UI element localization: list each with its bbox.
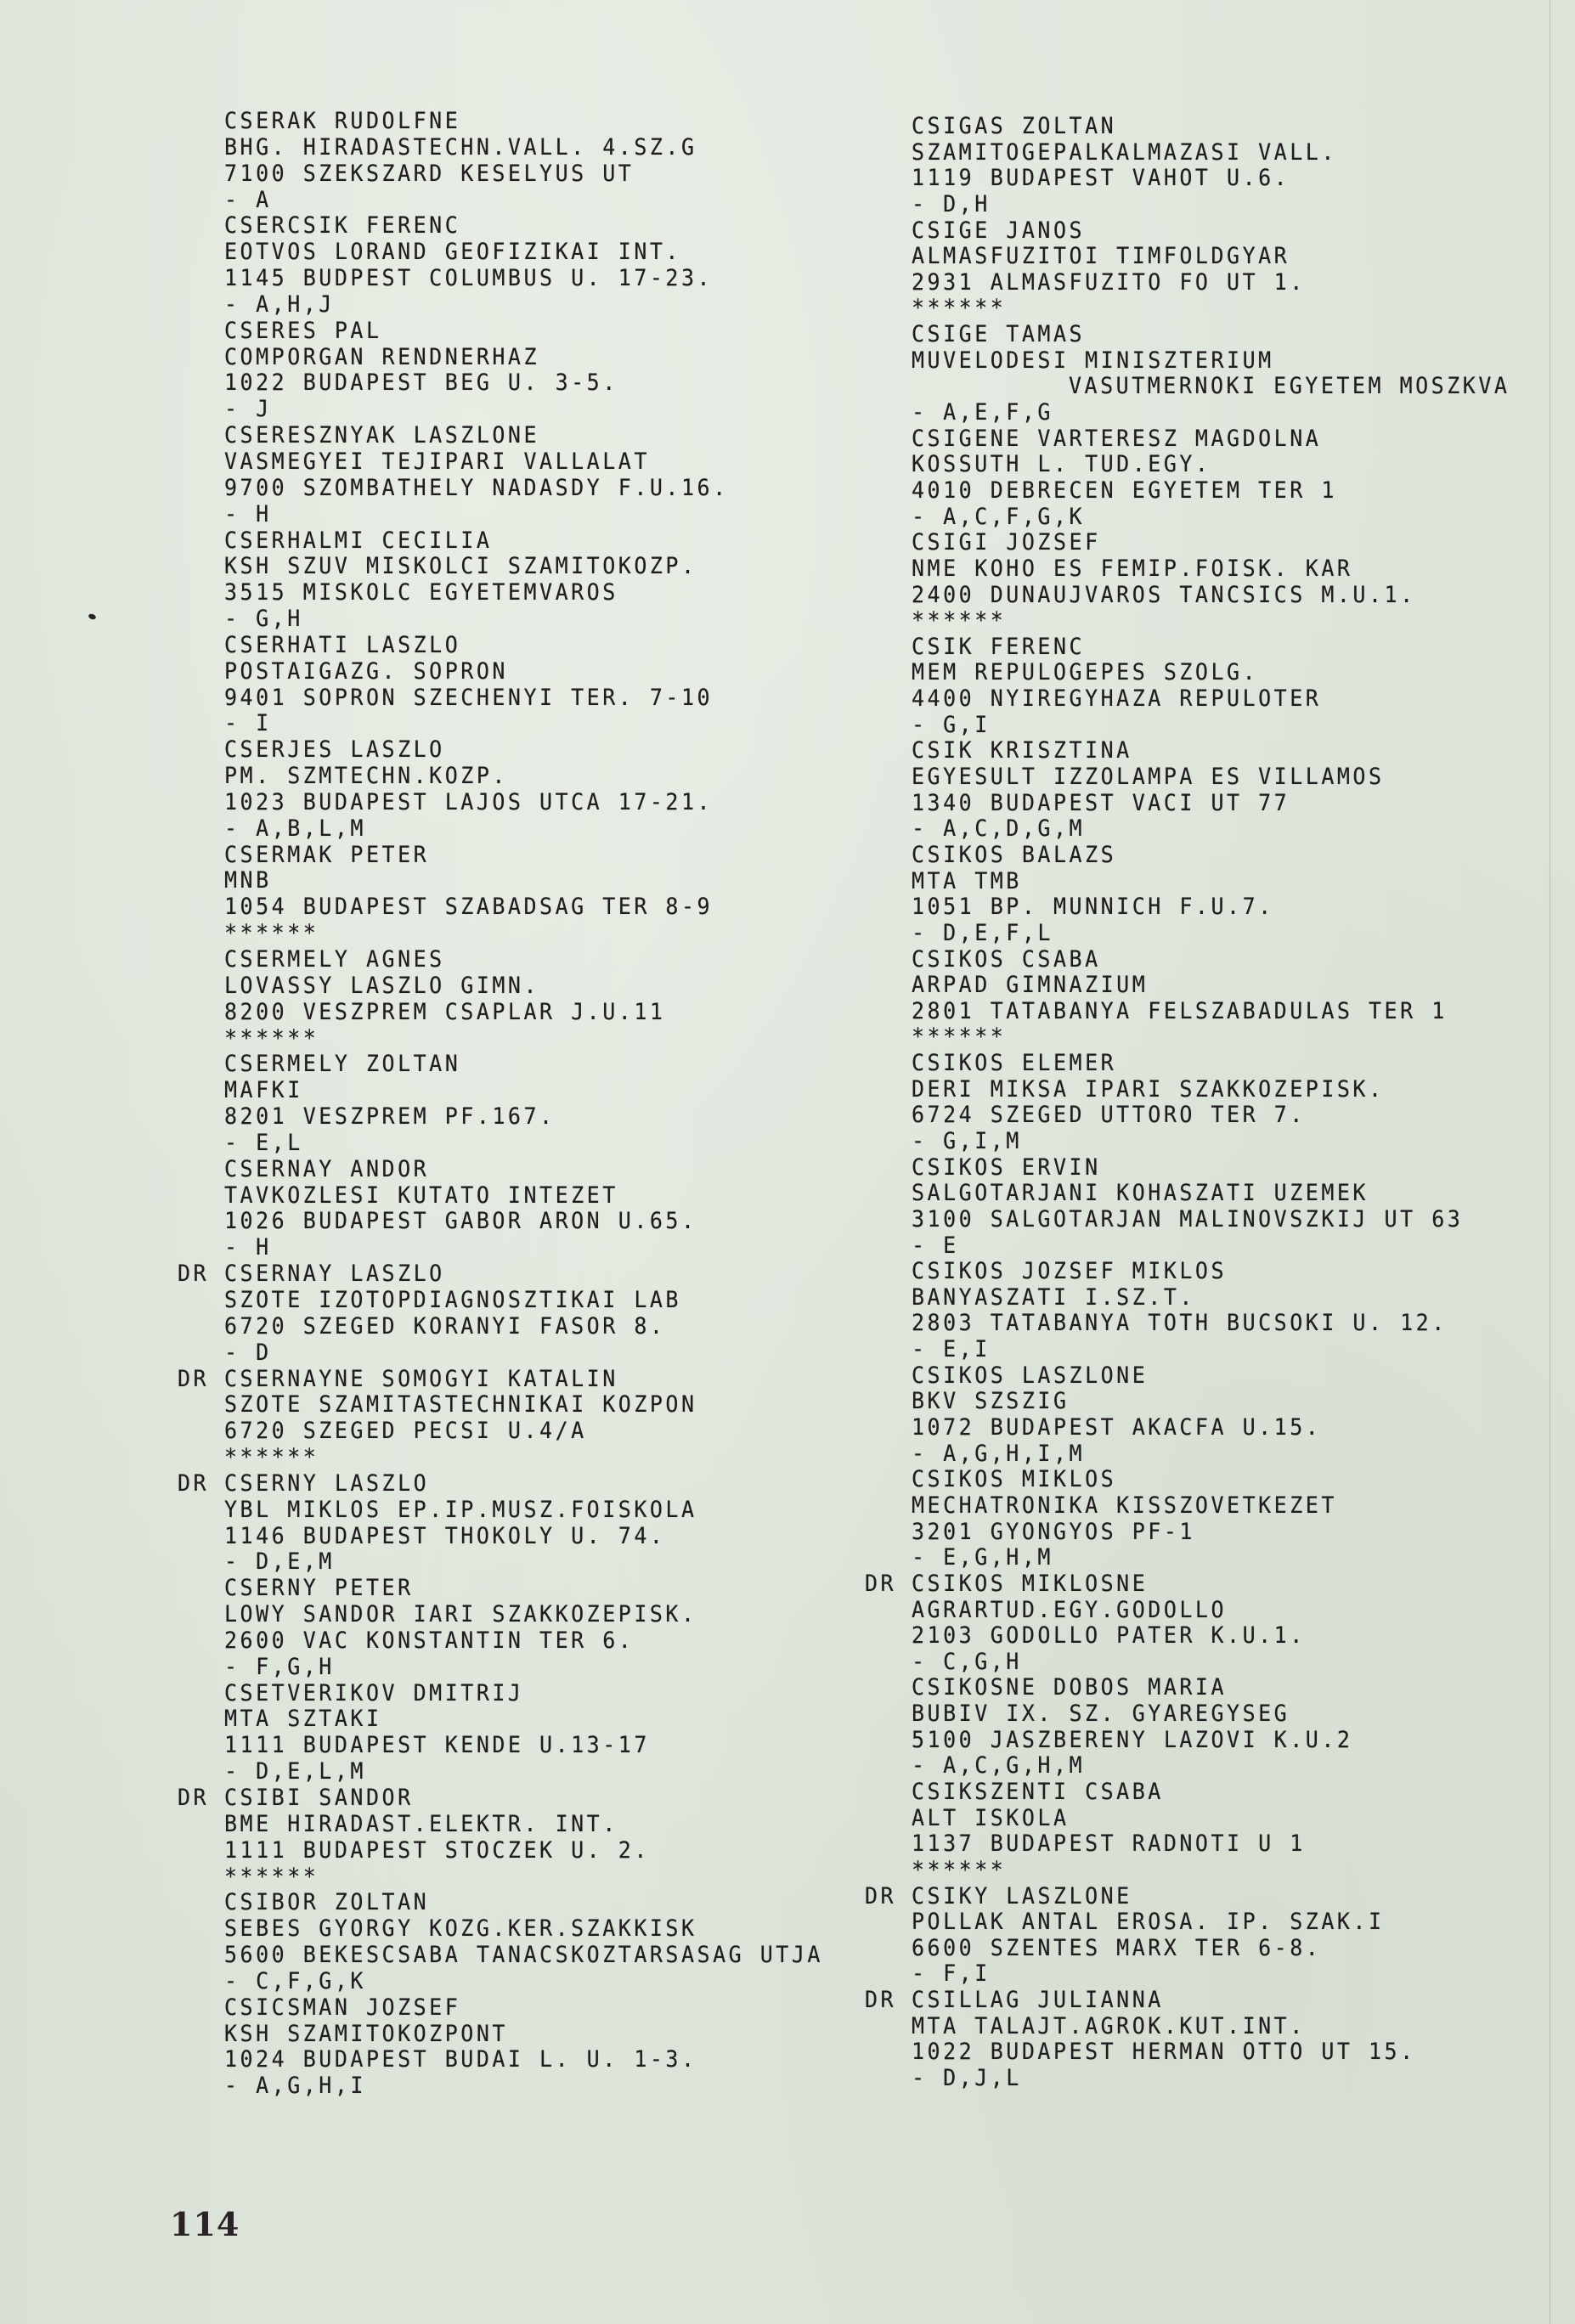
line-text: CSETVERIKOV DMITRIJ [224,1681,523,1706]
directory-line: DERI MIKSA IPARI SZAKKOZEPISK. [865,1077,1510,1104]
line-text: 7100 SZEKSZARD KESELYUS UT [224,161,634,186]
line-text: LOWY SANDOR IARI SZAKKOZEPISK. [224,1602,697,1627]
line-text: NME KOHO ES FEMIP.FOISK. KAR [912,556,1352,581]
directory-line: 1026 BUDAPEST GABOR ARON U.65. [178,1209,823,1236]
line-text: CSIGAS ZOLTAN [912,114,1116,138]
entry-name-line: CSIKOS JOZSEF MIKLOS [865,1259,1510,1286]
directory-line: 2931 ALMASFUZITO FO UT 1. [865,270,1510,297]
line-text: CSIBOR ZOLTAN [224,1890,429,1915]
entry-name-line: DR CSERNAYNE SOMOGYI KATALIN [178,1367,823,1394]
category-codes-line: - F,I [865,1961,1510,1988]
entry-name-line: CSERMELY ZOLTAN [178,1052,823,1079]
category-codes-line: - E,I [865,1337,1510,1364]
category-codes-line: - D,E,M [178,1549,823,1577]
category-codes-line: - D,E,F,L [865,921,1510,948]
directory-line: 1024 BUDAPEST BUDAI L. U. 1-3. [178,2047,823,2074]
line-text: CSERHALMI CECILIA [224,528,492,553]
directory-line: AGRARTUD.EGY.GODOLLO [865,1598,1510,1625]
line-text: - D,E,F,L [912,921,1053,945]
category-codes-line: - G,I,M [865,1129,1510,1156]
line-text: - I [224,711,272,736]
line-text: CSERMELY AGNES [224,947,445,972]
entry-name-line: CSERES PAL [178,319,823,346]
line-text: 9401 SOPRON SZECHENYI TER. 7-10 [224,685,713,710]
line-text: ALMASFUZITOI TIMFOLDGYAR [912,244,1290,268]
category-codes-line: - A,C,F,G,K [865,505,1510,532]
directory-line: 6724 SZEGED UTTORO TER 7. [865,1103,1510,1130]
directory-line: MTA SZTAKI [178,1706,823,1734]
page-number: 114 [170,2205,240,2243]
line-text: KOSSUTH L. TUD.EGY. [912,452,1211,477]
line-text: KSH SZUV MISKOLCI SZAMITOKOZP. [224,554,697,578]
title-prefix: DR [178,1367,224,1391]
line-text: CSIKY LASZLONE [912,1884,1132,1909]
line-text: CSERNY PETER [224,1576,414,1600]
directory-line: 7100 SZEKSZARD KESELYUS UT [178,161,823,189]
category-codes-line: - A,C,G,H,M [865,1753,1510,1780]
directory-line: 1054 BUDAPEST SZABADSAG TER 8-9 [178,894,823,922]
directory-line: POLLAK ANTAL EROSA. IP. SZAK.I [865,1909,1510,1937]
entry-name-line: CSETVERIKOV DMITRIJ [178,1681,823,1708]
line-text: - H [224,1235,272,1260]
line-text: 1146 BUDAPEST THOKOLY U. 74. [224,1524,665,1548]
line-text: ARPAD GIMNAZIUM [912,973,1148,997]
directory-column-right: CSIGAS ZOLTAN SZAMITOGEPALKALMAZASI VALL… [865,114,1510,2092]
line-text: 1023 BUDAPEST LAJOS UTCA 17-21. [224,790,713,815]
entry-name-line: CSIKOSNE DOBOS MARIA [865,1675,1510,1702]
directory-line: 2803 TATABANYA TOTH BUCSOKI U. 12. [865,1311,1510,1338]
directory-line: MTA TMB [865,869,1510,896]
entry-name-line: CSERCSIK FERENC [178,213,823,240]
directory-line: BANYASZATI I.SZ.T. [865,1285,1510,1312]
line-text: 2931 ALMASFUZITO FO UT 1. [912,270,1306,295]
directory-line: KSH SZAMITOKOZPONT [178,2022,823,2049]
directory-line: 8201 VESZPREM PF.167. [178,1104,823,1131]
line-text: BANYASZATI I.SZ.T. [912,1285,1195,1310]
no-codes-marker: ****** [178,921,823,948]
line-text: EOTVOS LORAND GEOFIZIKAI INT. [224,240,681,264]
entry-name-line: CSERMAK PETER [178,843,823,870]
entry-name-line: CSERHATI LASZLO [178,633,823,660]
title-prefix: DR [865,1884,912,1909]
directory-line: POSTAIGAZG. SOPRON [178,659,823,686]
line-text: ****** [912,1024,1006,1049]
directory-line: 1119 BUDAPEST VAHOT U.6. [865,166,1510,193]
line-text: 2400 DUNAUJVAROS TANCSICS M.U.1. [912,583,1416,607]
line-text: - E [912,1233,959,1258]
line-text: AGRARTUD.EGY.GODOLLO [912,1598,1227,1622]
directory-line: 3515 MISKOLC EGYETEMVAROS [178,580,823,607]
line-text: MNB [224,868,272,893]
line-text: 4400 NYIREGYHAZA REPULOTER [912,686,1321,711]
directory-line: MECHATRONIKA KISSZOVETKEZET [865,1493,1510,1520]
directory-line: SALGOTARJANI KOHASZATI UZEMEK [865,1181,1510,1208]
line-text: - D,E,L,M [224,1759,366,1784]
line-text: - A,C,G,H,M [912,1753,1085,1778]
line-text: CSIBI SANDOR [224,1785,414,1810]
line-text: 1024 BUDAPEST BUDAI L. U. 1-3. [224,2047,697,2072]
directory-line: SEBES GYORGY KOZG.KER.SZAKKISK [178,1916,823,1943]
directory-line: 1023 BUDAPEST LAJOS UTCA 17-21. [178,790,823,817]
line-text: CSERJES LASZLO [224,737,445,762]
line-text: 1111 BUDAPEST KENDE U.13-17 [224,1733,650,1757]
line-text: 1022 BUDAPEST BEG U. 3-5. [224,370,618,395]
directory-line: 8200 VESZPREM CSAPLAR J.U.11 [178,1000,823,1027]
directory-line: 3100 SALGOTARJAN MALINOVSZKIJ UT 63 [865,1207,1510,1234]
entry-name-line: CSIGE JANOS [865,218,1510,245]
line-text: 2103 GODOLLO PATER K.U.1. [912,1623,1306,1648]
line-text: ****** [912,608,1006,633]
line-text: ALT ISKOLA [912,1806,1070,1830]
line-text: 5100 JASZBERENY LAZOVI K.U.2 [912,1728,1352,1752]
line-text: CSERNAY ANDOR [224,1157,429,1182]
line-text: - E,I [912,1337,991,1362]
line-text: CSERNY LASZLO [224,1471,429,1496]
directory-line: TAVKOZLESI KUTATO INTEZET [178,1183,823,1210]
line-text: - J [224,397,272,421]
directory-line: 3201 GYONGYOS PF-1 [865,1520,1510,1547]
directory-line: YBL MIKLOS EP.IP.MUSZ.FOISKOLA [178,1498,823,1525]
directory-line: BKV SZSZIG [865,1389,1510,1416]
directory-line: 1051 BP. MUNNICH F.U.7. [865,894,1510,922]
entry-name-line: CSIGI JOZSEF [865,530,1510,557]
line-text: 1072 BUDAPEST AKACFA U.15. [912,1415,1321,1440]
category-codes-line: - J [178,397,823,424]
directory-line: 1022 BUDAPEST HERMAN OTTO UT 15. [865,2039,1510,2067]
line-text: VASUTMERNOKI EGYETEM MOSZKVA [912,374,1510,398]
line-text: - A,C,F,G,K [912,505,1085,529]
directory-line: 6600 SZENTES MARX TER 6-8. [865,1936,1510,1963]
directory-line: 1137 BUDAPEST RADNOTI U 1 [865,1831,1510,1859]
directory-line: 2400 DUNAUJVAROS TANCSICS M.U.1. [865,583,1510,610]
no-codes-marker: ****** [178,1445,823,1472]
line-text: YBL MIKLOS EP.IP.MUSZ.FOISKOLA [224,1498,697,1522]
line-text: 4010 DEBRECEN EGYETEM TER 1 [912,478,1337,503]
line-text: - C,G,H [912,1650,1022,1674]
no-codes-marker: ****** [865,608,1510,635]
directory-line: SZOTE IZOTOPDIAGNOSZTIKAI LAB [178,1288,823,1315]
directory-line: 1111 BUDAPEST STOCZEK U. 2. [178,1838,823,1865]
entry-name-line: CSICSMAN JOZSEF [178,1995,823,2022]
no-codes-marker: ****** [865,1024,1510,1052]
entry-name-line: DR CSILLAG JULIANNA [865,1988,1510,2015]
directory-line: 4010 DEBRECEN EGYETEM TER 1 [865,478,1510,505]
directory-line: EGYESULT IZZOLAMPA ES VILLAMOS [865,764,1510,792]
directory-line: PM. SZMTECHN.KOZP. [178,764,823,791]
category-codes-line: - D [178,1340,823,1368]
category-codes-line: - A [178,188,823,215]
title-prefix: DR [865,1571,912,1596]
directory-line: 9700 SZOMBATHELY NADASDY F.U.16. [178,476,823,503]
category-codes-line: - A,H,J [178,292,823,319]
entry-name-line: CSERNAY ANDOR [178,1157,823,1184]
category-codes-line: - E,L [178,1131,823,1158]
line-text: 6724 SZEGED UTTORO TER 7. [912,1103,1306,1127]
entry-name-line: DR CSERNAY LASZLO [178,1261,823,1289]
line-text: MTA TALAJT.AGROK.KUT.INT. [912,2014,1306,2039]
directory-column-left: CSERAK RUDOLFNE BHG. HIRADASTECHN.VALL. … [178,109,823,2100]
category-codes-line: - A,C,D,G,M [865,816,1510,843]
directory-line: LOWY SANDOR IARI SZAKKOZEPISK. [178,1602,823,1629]
line-text: CSIGI JOZSEF [912,530,1101,555]
line-text: ****** [224,921,319,945]
line-text: CSIKOS ELEMER [912,1051,1116,1075]
line-text: - D,J,L [912,2066,1022,2090]
category-codes-line: - E [865,1233,1510,1261]
line-text: CSERAK RUDOLFNE [224,109,460,133]
line-text: 1054 BUDAPEST SZABADSAG TER 8-9 [224,894,713,919]
directory-line: KSH SZUV MISKOLCI SZAMITOKOZP. [178,554,823,581]
directory-line: 2103 GODOLLO PATER K.U.1. [865,1623,1510,1650]
line-text: 1340 BUDAPEST VACI UT 77 [912,791,1290,815]
line-text: ****** [912,296,1006,320]
line-text: CSIK FERENC [912,635,1085,659]
entry-name-line: CSIKSZENTI CSABA [865,1780,1510,1807]
directory-line: BME HIRADAST.ELEKTR. INT. [178,1812,823,1839]
entry-name-line: CSIKOS CSABA [865,947,1510,974]
directory-line: 6720 SZEGED PECSI U.4/A [178,1419,823,1446]
line-text: SZOTE IZOTOPDIAGNOSZTIKAI LAB [224,1288,681,1312]
line-text: - F,I [912,1961,991,1986]
line-text: CSIGENE VARTERESZ MAGDOLNA [912,426,1321,451]
entry-name-line: DR CSIBI SANDOR [178,1785,823,1813]
directory-line: MUVELODESI MINISZTERIUM [865,348,1510,375]
directory-line: NME KOHO ES FEMIP.FOISK. KAR [865,556,1510,584]
line-text: - E,L [224,1131,303,1155]
line-text: ****** [912,1858,1006,1882]
no-codes-marker: ****** [178,1026,823,1053]
no-codes-marker: ****** [865,296,1510,323]
line-text: TAVKOZLESI KUTATO INTEZET [224,1183,618,1208]
line-text: 1119 BUDAPEST VAHOT U.6. [912,166,1290,190]
line-text: CSIKOS CSABA [912,947,1101,972]
line-text: CSIKOS ERVIN [912,1155,1101,1180]
line-text: 6720 SZEGED PECSI U.4/A [224,1419,587,1443]
directory-line: MTA TALAJT.AGROK.KUT.INT. [865,2014,1510,2041]
line-text: - F,G,H [224,1655,335,1679]
category-codes-line: - A,G,H,I,M [865,1441,1510,1469]
line-text: ****** [224,1026,319,1051]
line-text: 1051 BP. MUNNICH F.U.7. [912,894,1274,919]
directory-line: 1146 BUDAPEST THOKOLY U. 74. [178,1524,823,1551]
entry-name-line: CSIK KRISZTINA [865,738,1510,765]
line-text: 1022 BUDAPEST HERMAN OTTO UT 15. [912,2039,1416,2064]
title-prefix: DR [178,1261,224,1286]
category-codes-line: - G,H [178,606,823,634]
line-text: 2803 TATABANYA TOTH BUCSOKI U. 12. [912,1311,1448,1335]
line-text: 5600 BEKESCSABA TANACSKOZTARSASAG UTJA [224,1943,823,1967]
line-text: 9700 SZOMBATHELY NADASDY F.U.16. [224,476,729,500]
line-text: SALGOTARJANI KOHASZATI UZEMEK [912,1181,1369,1205]
line-text: - A,C,D,G,M [912,816,1085,841]
line-text: - D,H [912,192,991,217]
line-text: 3201 GYONGYOS PF-1 [912,1520,1195,1544]
line-text: 8201 VESZPREM PF.167. [224,1104,556,1129]
category-codes-line: - F,G,H [178,1655,823,1682]
line-text: - A,E,F,G [912,400,1053,425]
line-text: MUVELODESI MINISZTERIUM [912,348,1274,373]
directory-line: 6720 SZEGED KORANYI FASOR 8. [178,1314,823,1341]
entry-name-line: CSIKOS BALAZS [865,843,1510,870]
line-text: KSH SZAMITOKOZPONT [224,2022,508,2046]
line-text: MEM REPULOGEPES SZOLG. [912,660,1258,685]
line-text: VASMEGYEI TEJIPARI VALLALAT [224,449,650,474]
line-text: CSERNAY LASZLO [224,1261,445,1286]
line-text: 6600 SZENTES MARX TER 6-8. [912,1936,1321,1960]
line-text: BHG. HIRADASTECHN.VALL. 4.SZ.G [224,135,697,160]
line-text: POSTAIGAZG. SOPRON [224,659,508,684]
category-codes-line: - E,G,H,M [865,1545,1510,1572]
line-text: CSILLAG JULIANNA [912,1988,1164,2012]
line-text: CSERESZNYAK LASZLONE [224,423,539,448]
line-text: CSERMAK PETER [224,843,429,867]
line-text: CSICSMAN JOZSEF [224,1995,460,2020]
line-text: - D [224,1340,272,1365]
line-text: CSIKOS MIKLOSNE [912,1571,1148,1596]
category-codes-line: - H [178,1235,823,1262]
line-text: POLLAK ANTAL EROSA. IP. SZAK.I [912,1909,1385,1934]
line-text: CSERHATI LASZLO [224,633,460,657]
directory-line: MNB [178,868,823,895]
line-text: - C,F,G,K [224,1969,366,1994]
line-text: CSIK KRISZTINA [912,738,1132,763]
line-text: MAFKI [224,1078,303,1103]
directory-line: 5100 JASZBERENY LAZOVI K.U.2 [865,1728,1510,1755]
line-text: - E,G,H,M [912,1545,1053,1570]
line-text: SZAMITOGEPALKALMAZASI VALL. [912,140,1337,165]
category-codes-line: - A,B,L,M [178,816,823,843]
line-text: MECHATRONIKA KISSZOVETKEZET [912,1493,1337,1518]
title-prefix: DR [178,1785,224,1810]
line-text: CSIGE JANOS [912,218,1085,243]
line-text: 2600 VAC KONSTANTIN TER 6. [224,1628,634,1653]
category-codes-line: - G,I [865,713,1510,740]
directory-line: LOVASSY LASZLO GIMN. [178,973,823,1001]
directory-line: 2801 TATABANYA FELSZABADULAS TER 1 [865,999,1510,1026]
directory-line: VASUTMERNOKI EGYETEM MOSZKVA [865,374,1510,401]
category-codes-line: - D,J,L [865,2066,1510,2093]
line-text: ****** [224,1864,319,1889]
line-text: CSIGE TAMAS [912,322,1085,347]
line-text: 1026 BUDAPEST GABOR ARON U.65. [224,1209,697,1233]
line-text: - G,H [224,606,303,631]
entry-name-line: CSERJES LASZLO [178,737,823,764]
directory-line: BUBIV IX. SZ. GYAREGYSEG [865,1701,1510,1729]
directory-line: ARPAD GIMNAZIUM [865,973,1510,1000]
line-text: CSIKOS MIKLOS [912,1467,1116,1492]
line-text: DERI MIKSA IPARI SZAKKOZEPISK. [912,1077,1385,1102]
line-text: - A [224,188,272,212]
line-text: SZOTE SZAMITASTECHNIKAI KOZPON [224,1392,697,1417]
directory-line: MAFKI [178,1078,823,1105]
entry-name-line: CSIGAS ZOLTAN [865,114,1510,141]
line-text: CSERNAYNE SOMOGYI KATALIN [224,1367,618,1391]
line-text: PM. SZMTECHN.KOZP. [224,764,508,788]
line-text: - D,E,M [224,1549,335,1574]
line-text: ****** [224,1445,319,1469]
directory-line: EOTVOS LORAND GEOFIZIKAI INT. [178,240,823,267]
category-codes-line: - D,H [865,192,1510,219]
category-codes-line: - A,G,H,I [178,2073,823,2101]
entry-name-line: CSIGE TAMAS [865,322,1510,349]
directory-line: 9401 SOPRON SZECHENYI TER. 7-10 [178,685,823,713]
line-text: - H [224,502,272,527]
line-text: - A,G,H,I [224,2073,366,2098]
line-text: 8200 VESZPREM CSAPLAR J.U.11 [224,1000,665,1024]
category-codes-line: - I [178,711,823,738]
line-text: BKV SZSZIG [912,1389,1070,1413]
line-text: CSIKOSNE DOBOS MARIA [912,1675,1227,1700]
directory-line: BHG. HIRADASTECHN.VALL. 4.SZ.G [178,135,823,162]
line-text: 1137 BUDAPEST RADNOTI U 1 [912,1831,1306,1856]
entry-name-line: DR CSERNY LASZLO [178,1471,823,1498]
directory-line: MEM REPULOGEPES SZOLG. [865,660,1510,687]
category-codes-line: - D,E,L,M [178,1759,823,1786]
category-codes-line: - A,E,F,G [865,400,1510,427]
category-codes-line: - C,G,H [865,1650,1510,1677]
line-text: CSERMELY ZOLTAN [224,1052,460,1076]
line-text: CSIKOS LASZLONE [912,1363,1148,1388]
no-codes-marker: ****** [178,1864,823,1892]
entry-name-line: CSERHALMI CECILIA [178,528,823,556]
title-prefix: DR [178,1471,224,1496]
line-text: - G,I,M [912,1129,1022,1154]
line-text: CSIKOS JOZSEF MIKLOS [912,1259,1227,1283]
directory-line: 1111 BUDAPEST KENDE U.13-17 [178,1733,823,1760]
line-text: 1145 BUDPEST COLUMBUS U. 17-23. [224,266,713,290]
line-text: SEBES GYORGY KOZG.KER.SZAKKISK [224,1916,697,1941]
line-text: CSIKOS BALAZS [912,843,1116,867]
line-text: 3515 MISKOLC EGYETEMVAROS [224,580,618,605]
line-text: MTA TMB [912,869,1022,894]
line-text: MTA SZTAKI [224,1706,382,1731]
directory-line: 5600 BEKESCSABA TANACSKOZTARSASAG UTJA [178,1943,823,1970]
entry-name-line: CSERNY PETER [178,1576,823,1603]
entry-name-line: CSIKOS MIKLOS [865,1467,1510,1494]
line-text: BUBIV IX. SZ. GYAREGYSEG [912,1701,1290,1726]
entry-name-line: CSIBOR ZOLTAN [178,1890,823,1917]
page-edge-line [1550,0,1550,2324]
directory-line: ALT ISKOLA [865,1806,1510,1833]
line-text: CSIKSZENTI CSABA [912,1780,1164,1804]
directory-line: VASMEGYEI TEJIPARI VALLALAT [178,449,823,477]
category-codes-line: - H [178,502,823,529]
entry-name-line: CSIKOS ELEMER [865,1051,1510,1078]
directory-line: SZOTE SZAMITASTECHNIKAI KOZPON [178,1392,823,1419]
entry-name-line: DR CSIKOS MIKLOSNE [865,1571,1510,1599]
directory-line: COMPORGAN RENDNERHAZ [178,345,823,372]
entry-name-line: DR CSIKY LASZLONE [865,1884,1510,1911]
line-text: - G,I [912,713,991,737]
line-text: CSERES PAL [224,319,382,343]
line-text: BME HIRADAST.ELEKTR. INT. [224,1812,618,1836]
directory-line: 1022 BUDAPEST BEG U. 3-5. [178,370,823,398]
no-codes-marker: ****** [865,1858,1510,1885]
line-text: - A,H,J [224,292,335,317]
entry-name-line: CSERMELY AGNES [178,947,823,974]
entry-name-line: CSIKOS ERVIN [865,1155,1510,1182]
title-prefix: DR [865,1988,912,2012]
entry-name-line: CSIK FERENC [865,635,1510,662]
line-text: LOVASSY LASZLO GIMN. [224,973,539,998]
directory-line: SZAMITOGEPALKALMAZASI VALL. [865,140,1510,167]
line-text: - A,B,L,M [224,816,366,841]
line-text: - A,G,H,I,M [912,1441,1085,1466]
entry-name-line: CSERESZNYAK LASZLONE [178,423,823,450]
line-text: 3100 SALGOTARJAN MALINOVSZKIJ UT 63 [912,1207,1463,1232]
directory-line: 4400 NYIREGYHAZA REPULOTER [865,686,1510,714]
line-text: CSERCSIK FERENC [224,213,460,238]
